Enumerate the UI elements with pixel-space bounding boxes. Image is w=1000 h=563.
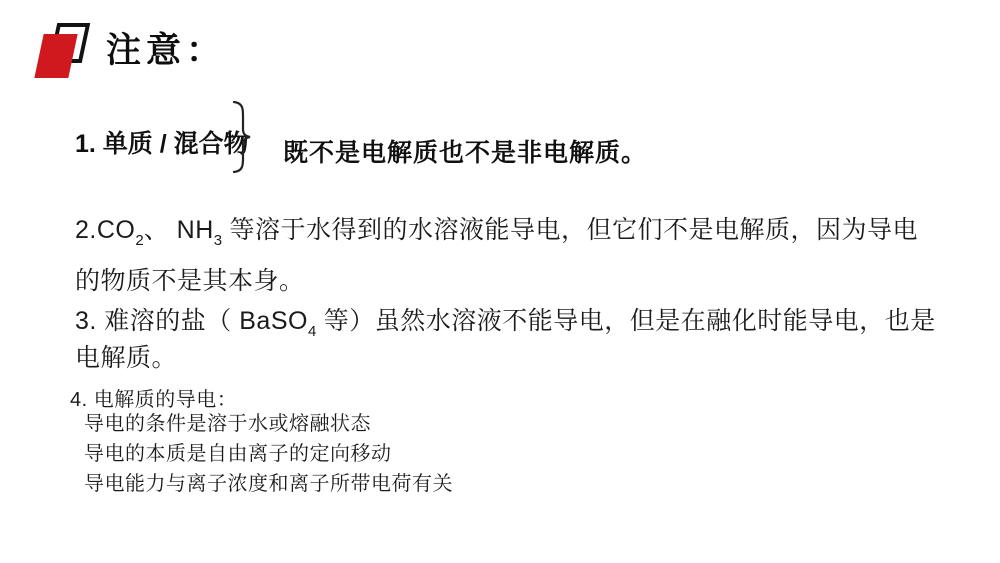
point3-line1: 3. 难溶的盐（ BaSO4 等）虽然水溶液不能导电，但是在融化时能导电，也是 [75,301,936,337]
text-segment: 等）虽然水溶液不能导电，但是在融化时能导电，也是 [316,307,935,335]
slide-canvas: 注意： 1. 单质 / 混合物 既不是电解质也不是非电解质。 2.CO2、 NH… [0,0,1000,563]
parallelogram-red-icon [34,34,77,78]
subscript: 2 [135,232,143,249]
point4-item: 导电能力与离子浓度和离子所带电荷有关 [84,469,453,499]
point2-line2: 的物质不是其本身。 [75,261,305,297]
point4-item: 导电的条件是溶于水或熔融状态 [84,409,453,439]
point1-label: 1. 单质 / 混合物 [75,124,249,160]
slide-title: 注意： [106,23,226,73]
point4-item: 导电的本质是自由离子的定向移动 [84,439,453,469]
text-segment: 3. 难溶的盐（ BaSO [75,307,308,335]
text-segment: 2.CO [75,216,135,244]
subscript: 3 [214,232,222,249]
right-brace-icon [230,100,254,174]
text-segment: 、 NH [144,216,214,244]
subscript: 4 [308,323,316,340]
text-segment: 等溶于水得到的水溶液能导电，但它们不是电解质，因为导电 [222,216,918,244]
point4-heading: 4. 电解质的导电： [70,383,237,412]
point3-line2: 电解质。 [75,338,177,374]
point2-line1: 2.CO2、 NH3 等溶于水得到的水溶液能导电，但它们不是电解质，因为导电 [75,210,918,246]
point4-items: 导电的条件是溶于水或熔融状态 导电的本质是自由离子的定向移动 导电能力与离子浓度… [84,409,453,499]
point1-statement: 既不是电解质也不是非电解质。 [283,133,647,169]
